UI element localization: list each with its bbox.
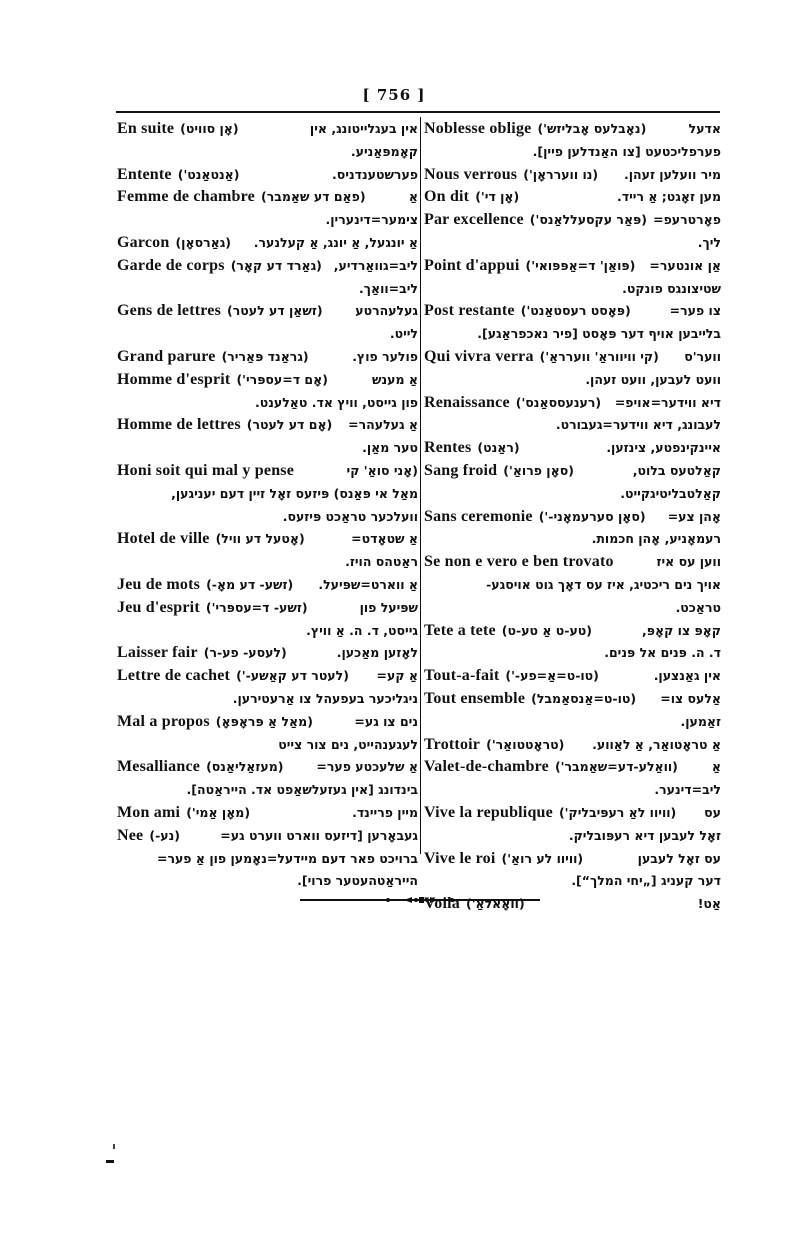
- entry-definition: קאָפּ צו קאָפּ,: [642, 620, 721, 643]
- dictionary-entry: Jeu de mots(זשע- דע מאָ-)אַ ווארט=שפּיעל…: [117, 574, 418, 597]
- entry-definition-continued: צימער=דינערין.: [117, 209, 418, 232]
- entry-term: Mon ami: [117, 802, 180, 825]
- entry-definition: אַ געלעהר=: [348, 414, 418, 437]
- entry-term: Mal a propos: [117, 711, 210, 734]
- entry-pronunciation: (וויוו לע רואַ'): [502, 848, 584, 871]
- entry-head: Vive la republique(וויוו לאַ רעפּיבליק'): [424, 802, 676, 825]
- entry-first-line: Tout-a-fait(טו-ט=אַ=פע-')אין גאַנצען.: [424, 665, 721, 688]
- entry-definition-continued: טראַכט.: [424, 597, 721, 620]
- entry-definition-continued: ליב=וואַך.: [117, 278, 418, 301]
- entry-head: Post restante(פּאָסט רעסטאַנט'): [424, 300, 631, 323]
- entry-head: Grand parure(גראַנד פּאַריר): [117, 346, 309, 369]
- entry-head: Vive le roi(וויוו לע רואַ'): [424, 848, 583, 871]
- entry-term: Tout-a-fait: [424, 665, 499, 688]
- entry-head: Se non e vero e ben trovato: [424, 551, 614, 574]
- entry-definition: אַ יונגעל, אַ יונג, אַ קעלנער.: [254, 232, 418, 255]
- entry-head: Homme de lettres(אָם דע לעטר): [117, 414, 332, 437]
- entry-definition: אַ טראָטואַר, אַ לאַווע.: [592, 734, 721, 757]
- entry-definition: ווער'ס: [684, 346, 721, 369]
- entry-first-line: Par excellence(פּאַר עקסעללאַנס')פאָרטרע…: [424, 209, 721, 232]
- entry-definition: אַן אונטער=: [649, 255, 721, 278]
- entry-term: Nee: [117, 825, 143, 848]
- dictionary-entry: Tout-a-fait(טו-ט=אַ=פע-')אין גאַנצען.: [424, 665, 721, 688]
- entry-head: Par excellence(פּאַר עקסעללאַנס'): [424, 209, 647, 232]
- entry-definition: קאַלטעס בלוט,: [633, 460, 721, 483]
- end-ornament-rule: [300, 897, 540, 900]
- entry-definition: אַ מענש: [372, 369, 418, 392]
- entry-definition-continued: זאַמען.: [424, 711, 721, 734]
- entry-first-line: Rentes(ראַנט)איינקינפטע, צינזען.: [424, 437, 721, 460]
- entry-definition-continued: ד. ה. פּנים אל פּנים.: [424, 642, 721, 665]
- entry-definition: אין גאַנצען.: [654, 665, 721, 688]
- dictionary-entry: Lettre de cachet(לעטר דע קאַשע-')אַ קע=נ…: [117, 665, 418, 711]
- entry-head: Mon ami(מאָן אַמי'): [117, 802, 250, 825]
- entry-first-line: Mon ami(מאָן אַמי')מיין פריינד.: [117, 802, 418, 825]
- dictionary-entry: Se non e vero e ben trovatoווען עס איזאו…: [424, 551, 721, 619]
- entry-pronunciation: (טראָטטואַר'): [486, 734, 564, 757]
- dictionary-entry: Mal a propos(מאַל אַ פּראָפּאָ)נים צו גע…: [117, 711, 418, 757]
- entry-term: Vive le roi: [424, 848, 496, 871]
- entry-definition: צו פער=: [670, 300, 721, 323]
- dictionary-entry: Tout ensemble(טו-ט=אַנסאַמבל)אַלעס צו=זא…: [424, 688, 721, 734]
- entry-term: Trottoir: [424, 734, 480, 757]
- dictionary-entry: Mesalliance(מעזאַליאַנס)אַ שלעכטע פער=בי…: [117, 756, 418, 802]
- column-divider: [420, 117, 421, 854]
- entry-pronunciation: (גאַרד דע קאָר): [231, 255, 322, 278]
- entry-definition: אַ שלעכטע פער=: [316, 756, 418, 779]
- entry-pronunciation: (זשאַן דע לעטר): [227, 300, 323, 323]
- entry-head: Laisser fair(לעסע- פע-ר): [117, 642, 287, 665]
- entry-definition-continued: גייסט, ד. ה. אַ וויץ.: [117, 620, 418, 643]
- entry-pronunciation: (גראַנד פּאַריר): [222, 346, 309, 369]
- entry-definition-continued: זאָל לעבען דיא רעפּובליק.: [424, 825, 721, 848]
- entry-pronunciation: (פּואַן' ד=אַפּפּואי'): [526, 255, 636, 278]
- entry-term: Jeu de mots: [117, 574, 200, 597]
- entry-first-line: Homme de lettres(אָם דע לעטר)אַ געלעהר=: [117, 414, 418, 437]
- entry-first-line: Hotel de ville(אָטעל דע וויל)אַ שטאָדט=: [117, 528, 418, 551]
- entry-term: Noblesse oblige: [424, 118, 531, 141]
- entry-definition: עס: [704, 802, 721, 825]
- dictionary-entry: Par excellence(פּאַר עקסעללאַנס')פאָרטרע…: [424, 209, 721, 255]
- dictionary-entry: Hotel de ville(אָטעל דע וויל)אַ שטאָדט=ר…: [117, 528, 418, 574]
- dictionary-entry: Nee(נע-)געבאָרען [דיזעס ווארט ווערט גע=ב…: [117, 825, 418, 893]
- entry-definition: נים צו גע=: [354, 711, 418, 734]
- scan-speck: [106, 1160, 114, 1163]
- dictionary-entry: Garde de corps(גאַרד דע קאָר)ליב=גוואַרד…: [117, 255, 418, 301]
- entry-first-line: Entente(אַנטאַנט')פערשטענדניס.: [117, 164, 418, 187]
- entry-head: On dit(אָן די'): [424, 186, 519, 209]
- entry-term: Laisser fair: [117, 642, 198, 665]
- entry-head: Garcon(גאַרסאָן): [117, 232, 231, 255]
- entry-definition-continued: ליב=דינער.: [424, 779, 721, 802]
- entry-first-line: Sang froid(סאָן פרואַ')קאַלטעס בלוט,: [424, 460, 721, 483]
- dictionary-entry: Noblesse oblige(נאָבלעס אָבליזש')אדעלפער…: [424, 118, 721, 164]
- entry-first-line: Homme d'esprit(אָם ד=עספּרי')אַ מענש: [117, 369, 418, 392]
- header-rule: [116, 111, 720, 113]
- entry-first-line: Noblesse oblige(נאָבלעס אָבליזש')אדעל: [424, 118, 721, 141]
- entry-head: En suite(אָן סוויט): [117, 118, 239, 141]
- entry-head: Qui vivra verra(קי וויווראַ' ווערראַ'): [424, 346, 659, 369]
- entry-definition-continued: שטיצונגס פונקט.: [424, 278, 721, 301]
- entry-definition-continued: ראַטהס הויז.: [117, 551, 418, 574]
- entry-head: Nee(נע-): [117, 825, 180, 848]
- dictionary-entry: Point d'appui(פּואַן' ד=אַפּפּואי')אַן א…: [424, 255, 721, 301]
- entry-definition-continued: לעבונג, דיא ווידער=געבורט.: [424, 414, 721, 437]
- dictionary-entry: Grand parure(גראַנד פּאַריר)פולער פוץ.: [117, 346, 418, 369]
- entry-definition-continued: בינדונג [אין געזעלשאַפט אד. הייראַטה].: [117, 779, 418, 802]
- dictionary-entry: Homme de lettres(אָם דע לעטר)אַ געלעהר=ט…: [117, 414, 418, 460]
- entry-term: Homme de lettres: [117, 414, 241, 437]
- entry-first-line: Se non e vero e ben trovatoווען עס איז: [424, 551, 721, 574]
- entry-term: Entente: [117, 164, 172, 187]
- entry-first-line: Laisser fair(לעסע- פע-ר)לאָזען מאַכען.: [117, 642, 418, 665]
- dictionary-entry: Homme d'esprit(אָם ד=עספּרי')אַ מענשפון …: [117, 369, 418, 415]
- dictionary-entry: Honi soit qui mal y pense(אָני סואַ' קימ…: [117, 460, 418, 528]
- entry-term: Tout ensemble: [424, 688, 525, 711]
- entry-head: Tete a tete(טע-ט אַ טע-ט): [424, 620, 592, 643]
- entry-head: Noblesse oblige(נאָבלעס אָבליזש'): [424, 118, 646, 141]
- entry-head: Sans ceremonie(סאָן סערעמאָני-'): [424, 506, 646, 529]
- entry-first-line: Mal a propos(מאַל אַ פּראָפּאָ)נים צו גע…: [117, 711, 418, 734]
- entry-first-line: Grand parure(גראַנד פּאַריר)פולער פוץ.: [117, 346, 418, 369]
- entry-definition-continued: רעמאָניע, אָהן חכמות.: [424, 528, 721, 551]
- entry-first-line: Jeu d'esprit(זשע- ד=עספּרי')שפּיעל פון: [117, 597, 418, 620]
- entry-first-line: Honi soit qui mal y pense(אָני סואַ' קי: [117, 460, 418, 483]
- dictionary-entry: Mon ami(מאָן אַמי')מיין פריינד.: [117, 802, 418, 825]
- entry-definition-continued: ברויכט פאר דעם מיידעל=נאָמען פון אַ פער=: [117, 848, 418, 871]
- entry-first-line: Sans ceremonie(סאָן סערעמאָני-')אָהן צע=: [424, 506, 721, 529]
- entry-pronunciation: (נע-): [149, 825, 180, 848]
- entry-pronunciation: (גאַרסאָן): [175, 232, 231, 255]
- entry-first-line: Jeu de mots(זשע- דע מאָ-)אַ ווארט=שפּיעל…: [117, 574, 418, 597]
- entry-definition-continued: אויך נים ריכטיג, איז עס דאָך גוט אויסגע-: [424, 574, 721, 597]
- dictionary-entry: Rentes(ראַנט)איינקינפטע, צינזען.: [424, 437, 721, 460]
- entry-definition-continued: פון גייסט, וויץ אד. טאַלענט.: [117, 392, 418, 415]
- dictionary-entry: Garcon(גאַרסאָן)אַ יונגעל, אַ יונג, אַ ק…: [117, 232, 418, 255]
- dictionary-entry: Femme de chambre(פאַם דע שאַמבר)אַצימער=…: [117, 186, 418, 232]
- entry-first-line: Nous verrous(נו ווערראָן')מיר וועלען זעה…: [424, 164, 721, 187]
- entry-term: Qui vivra verra: [424, 346, 534, 369]
- dictionary-entry: Sang froid(סאָן פרואַ')קאַלטעס בלוט,קאַל…: [424, 460, 721, 506]
- entry-term: Vive la republique: [424, 802, 553, 825]
- dictionary-entry: Renaissance(רענעססאַנס')דיא ווידער=אויפ=…: [424, 392, 721, 438]
- entry-first-line: Point d'appui(פּואַן' ד=אַפּפּואי')אַן א…: [424, 255, 721, 278]
- entry-pronunciation: (ראַנט): [477, 437, 519, 460]
- entry-term: Sang froid: [424, 460, 497, 483]
- entry-head: Jeu d'esprit(זשע- ד=עספּרי'): [117, 597, 308, 620]
- entry-pronunciation: (אָם דע לעטר): [247, 414, 333, 437]
- scan-speck: [113, 1144, 115, 1149]
- entry-first-line: Renaissance(רענעססאַנס')דיא ווידער=אויפ=: [424, 392, 721, 415]
- entry-definition-continued: לייט.: [117, 323, 418, 346]
- entry-first-line: Post restante(פּאָסט רעסטאַנט')צו פער=: [424, 300, 721, 323]
- entry-definition: מען זאָגט; אַ רייד.: [617, 186, 721, 209]
- entry-term: En suite: [117, 118, 174, 141]
- dictionary-entry: Nous verrous(נו ווערראָן')מיר וועלען זעה…: [424, 164, 721, 187]
- entry-term: Hotel de ville: [117, 528, 210, 551]
- entry-term: Rentes: [424, 437, 471, 460]
- entry-definition: מיר וועלען זעהן.: [624, 164, 721, 187]
- entry-definition: פערשטענדניס.: [332, 164, 418, 187]
- entry-pronunciation: (זשע- דע מאָ-): [206, 574, 293, 597]
- entry-definition: עס זאָל לעבען: [638, 848, 721, 871]
- entry-definition: איינקינפטע, צינזען.: [606, 437, 721, 460]
- entry-head: Tout-a-fait(טו-ט=אַ=פע-'): [424, 665, 599, 688]
- entry-definition-continued: וועלכער טראַכט פּיזעס.: [117, 506, 418, 529]
- entry-definition: ליב=גוואַרדיע,: [334, 255, 418, 278]
- entry-definition-continued: טער מאַן.: [117, 437, 418, 460]
- entry-definition: אַלעס צו=: [660, 688, 721, 711]
- entry-head: Trottoir(טראָטטואַר'): [424, 734, 564, 757]
- entry-head: Homme d'esprit(אָם ד=עספּרי'): [117, 369, 328, 392]
- entry-first-line: Lettre de cachet(לעטר דע קאַשע-')אַ קע=: [117, 665, 418, 688]
- entry-pronunciation: (פּאָסט רעסטאַנט'): [521, 300, 631, 323]
- entry-pronunciation: (אַנטאַנט'): [178, 164, 240, 187]
- entry-definition-continued: קאָמפּאַניע.: [117, 141, 418, 164]
- entry-head: Tout ensemble(טו-ט=אַנסאַמבל): [424, 688, 636, 711]
- entry-term: Par excellence: [424, 209, 524, 232]
- entry-pronunciation: (אָן סוויט): [180, 118, 238, 141]
- entry-first-line: Trottoir(טראָטטואַר')אַ טראָטואַר, אַ לא…: [424, 734, 721, 757]
- entry-first-line: Vive le roi(וויוו לע רואַ')עס זאָל לעבען: [424, 848, 721, 871]
- entry-pronunciation: (לעטר דע קאַשע-'): [236, 665, 349, 688]
- entry-definition: שפּיעל פון: [360, 597, 418, 620]
- entry-first-line: Vive la republique(וויוו לאַ רעפּיבליק')…: [424, 802, 721, 825]
- entry-pronunciation: (פאַם דע שאַמבר): [261, 186, 366, 209]
- dictionary-entry: Sans ceremonie(סאָן סערעמאָני-')אָהן צע=…: [424, 506, 721, 552]
- entry-term: Grand parure: [117, 346, 216, 369]
- entry-pronunciation: (סאָן פרואַ'): [503, 460, 574, 483]
- entry-pronunciation: (מעזאַליאַנס): [206, 756, 283, 779]
- entry-first-line: Garcon(גאַרסאָן)אַ יונגעל, אַ יונג, אַ ק…: [117, 232, 418, 255]
- dictionary-entry: Vive le roi(וויוו לע רואַ')עס זאָל לעבען…: [424, 848, 721, 894]
- entry-pronunciation: (טע-ט אַ טע-ט): [502, 620, 592, 643]
- entry-head: Hotel de ville(אָטעל דע וויל): [117, 528, 305, 551]
- entry-head: Valet-de-chambre(וואַלע-דע=שאַמבר'): [424, 756, 678, 779]
- entry-definition: (אָני סואַ' קי: [347, 460, 418, 483]
- entry-term: Point d'appui: [424, 255, 520, 278]
- entry-first-line: Nee(נע-)געבאָרען [דיזעס ווארט ווערט גע=: [117, 825, 418, 848]
- entry-head: Honi soit qui mal y pense: [117, 460, 294, 483]
- entry-term: Tete a tete: [424, 620, 496, 643]
- entry-definition: דיא ווידער=אויפ=: [615, 392, 721, 415]
- dictionary-entry: Entente(אַנטאַנט')פערשטענדניס.: [117, 164, 418, 187]
- entry-definition: אַ שטאָדט=: [351, 528, 418, 551]
- entry-pronunciation: (מאַל אַ פּראָפּאָ): [216, 711, 313, 734]
- right-column: Noblesse oblige(נאָבלעס אָבליזש')אדעלפער…: [424, 118, 721, 916]
- entry-first-line: En suite(אָן סוויט)אין בעגלייטונג, אין: [117, 118, 418, 141]
- entry-head: Jeu de mots(זשע- דע מאָ-): [117, 574, 293, 597]
- entry-first-line: Tete a tete(טע-ט אַ טע-ט)קאָפּ צו קאָפּ,: [424, 620, 721, 643]
- entry-term: Renaissance: [424, 392, 510, 415]
- dictionary-entry: Tete a tete(טע-ט אַ טע-ט)קאָפּ צו קאָפּ,…: [424, 620, 721, 666]
- dictionary-entry: Qui vivra verra(קי וויווראַ' ווערראַ')וו…: [424, 346, 721, 392]
- entry-definition-continued: לעגענהייט, נים צור צייט: [117, 734, 418, 757]
- entry-pronunciation: (נאָבלעס אָבליזש'): [537, 118, 646, 141]
- entry-definition: פאָרטרעפ=: [653, 209, 721, 232]
- entry-head: Nous verrous(נו ווערראָן'): [424, 164, 598, 187]
- entry-head: Entente(אַנטאַנט'): [117, 164, 240, 187]
- entry-definition: אדעל: [689, 118, 721, 141]
- entry-head: Mal a propos(מאַל אַ פּראָפּאָ): [117, 711, 313, 734]
- entry-definition-continued: בלייבען אויף דער פּאָסט [פיר נאכפראַגע].: [424, 323, 721, 346]
- entry-term: Sans ceremonie: [424, 506, 533, 529]
- entry-definition: אַ ווארט=שפּיעל.: [318, 574, 418, 597]
- entry-first-line: Qui vivra verra(קי וויווראַ' ווערראַ')וו…: [424, 346, 721, 369]
- entry-definition: לאָזען מאַכען.: [337, 642, 418, 665]
- entry-head: Renaissance(רענעססאַנס'): [424, 392, 601, 415]
- entry-pronunciation: (לעסע- פע-ר): [204, 642, 287, 665]
- entry-pronunciation: (אָם ד=עספּרי'): [236, 369, 327, 392]
- entry-first-line: Mesalliance(מעזאַליאַנס)אַ שלעכטע פער=: [117, 756, 418, 779]
- entry-term: Gens de lettres: [117, 300, 221, 323]
- entry-definition: אַט!: [698, 893, 721, 916]
- entry-head: Gens de lettres(זשאַן דע לעטר): [117, 300, 323, 323]
- entry-pronunciation: (וויוו לאַ רעפּיבליק'): [559, 802, 676, 825]
- entry-term: Garde de corps: [117, 255, 225, 278]
- dictionary-entry: Laisser fair(לעסע- פע-ר)לאָזען מאַכען.: [117, 642, 418, 665]
- entry-head: Garde de corps(גאַרד דע קאָר): [117, 255, 322, 278]
- entry-term: Post restante: [424, 300, 515, 323]
- entry-pronunciation: (זשע- ד=עספּרי'): [206, 597, 308, 620]
- entry-definition: מיין פריינד.: [352, 802, 418, 825]
- entry-definition-continued: קאַלטבליטיגקייט.: [424, 483, 721, 506]
- entry-pronunciation: (טו-ט=אַנסאַמבל): [531, 688, 636, 711]
- entry-definition: געבאָרען [דיזעס ווארט ווערט גע=: [220, 825, 418, 848]
- entry-definition: אַ קע=: [377, 665, 418, 688]
- entry-first-line: Garde de corps(גאַרד דע קאָר)ליב=גוואַרד…: [117, 255, 418, 278]
- entry-definition: אַ: [712, 756, 721, 779]
- entry-first-line: Femme de chambre(פאַם דע שאַמבר)אַ: [117, 186, 418, 209]
- entry-definition-continued: דער קעניג [„יחי המלך“].: [424, 870, 721, 893]
- entry-definition: אָהן צע=: [668, 506, 721, 529]
- entry-pronunciation: (פּאַר עקסעללאַנס'): [530, 209, 647, 232]
- entry-pronunciation: (נו ווערראָן'): [523, 164, 598, 187]
- entry-definition-continued: הייראַטהעטער פרוי].: [117, 870, 418, 893]
- entry-term: Garcon: [117, 232, 169, 255]
- entry-first-line: Valet-de-chambre(וואַלע-דע=שאַמבר')אַ: [424, 756, 721, 779]
- entry-definition-continued: וועט לעבען, וועט זעהן.: [424, 369, 721, 392]
- entry-first-line: Tout ensemble(טו-ט=אַנסאַמבל)אַלעס צו=: [424, 688, 721, 711]
- entry-head: Point d'appui(פּואַן' ד=אַפּפּואי'): [424, 255, 635, 278]
- entry-term: Valet-de-chambre: [424, 756, 549, 779]
- left-column: En suite(אָן סוויט)אין בעגלייטונג, איןקא…: [117, 118, 418, 893]
- entry-term: Homme d'esprit: [117, 369, 230, 392]
- entry-first-line: Gens de lettres(זשאַן דע לעטר)געלעהרטע: [117, 300, 418, 323]
- entry-definition-continued: ניגליכער בעפעהל צו אַרעטירען.: [117, 688, 418, 711]
- entry-pronunciation: (רענעססאַנס'): [516, 392, 601, 415]
- entry-pronunciation: (מאָן אַמי'): [186, 802, 250, 825]
- entry-term: Lettre de cachet: [117, 665, 230, 688]
- entry-head: Femme de chambre(פאַם דע שאַמבר): [117, 186, 366, 209]
- entry-head: Mesalliance(מעזאַליאַנס): [117, 756, 283, 779]
- entry-definition-continued: ליך.: [424, 232, 721, 255]
- entry-pronunciation: (קי וויווראַ' ווערראַ'): [540, 346, 659, 369]
- entry-pronunciation: (טו-ט=אַ=פע-'): [505, 665, 599, 688]
- entry-first-line: On dit(אָן די')מען זאָגט; אַ רייד.: [424, 186, 721, 209]
- dictionary-entry: Jeu d'esprit(זשע- ד=עספּרי')שפּיעל פוןגי…: [117, 597, 418, 643]
- page-number: [ 756 ]: [0, 86, 788, 104]
- entry-term: Nous verrous: [424, 164, 517, 187]
- entry-head: Rentes(ראַנט): [424, 437, 520, 460]
- entry-term: Mesalliance: [117, 756, 200, 779]
- dictionary-entry: Valet-de-chambre(וואַלע-דע=שאַמבר')אַליב…: [424, 756, 721, 802]
- dictionary-entry: Gens de lettres(זשאַן דע לעטר)געלעהרטעלי…: [117, 300, 418, 346]
- entry-term: Femme de chambre: [117, 186, 255, 209]
- entry-definition: אַ: [409, 186, 418, 209]
- entry-term: Jeu d'esprit: [117, 597, 200, 620]
- dictionary-entry: Post restante(פּאָסט רעסטאַנט')צו פער=בל…: [424, 300, 721, 346]
- entry-term: On dit: [424, 186, 469, 209]
- dictionary-entry: Trottoir(טראָטטואַר')אַ טראָטואַר, אַ לא…: [424, 734, 721, 757]
- entry-pronunciation: (וואַלע-דע=שאַמבר'): [555, 756, 678, 779]
- entry-definition: געלעהרטע: [355, 300, 418, 323]
- entry-term: Honi soit qui mal y pense: [117, 460, 294, 483]
- entry-term: Se non e vero e ben trovato: [424, 551, 614, 574]
- dictionary-entry: On dit(אָן די')מען זאָגט; אַ רייד.: [424, 186, 721, 209]
- entry-definition: פולער פוץ.: [352, 346, 418, 369]
- entry-definition-continued: פערפליכטעט [צו האַנדלען פיין].: [424, 141, 721, 164]
- entry-definition: ווען עס איז: [656, 551, 721, 574]
- entry-definition: אין בעגלייטונג, אין: [310, 118, 418, 141]
- entry-head: Sang froid(סאָן פרואַ'): [424, 460, 574, 483]
- dictionary-entry: En suite(אָן סוויט)אין בעגלייטונג, איןקא…: [117, 118, 418, 164]
- entry-pronunciation: (אָטעל דע וויל): [216, 528, 305, 551]
- entry-definition-continued: מאַל אי פּאַנס) פּיזעס זאָל זיין דעם יענ…: [117, 483, 418, 506]
- entry-head: Lettre de cachet(לעטר דע קאַשע-'): [117, 665, 349, 688]
- entry-pronunciation: (סאָן סערעמאָני-'): [539, 506, 646, 529]
- dictionary-entry: Vive la republique(וויוו לאַ רעפּיבליק')…: [424, 802, 721, 848]
- entry-pronunciation: (אָן די'): [475, 186, 519, 209]
